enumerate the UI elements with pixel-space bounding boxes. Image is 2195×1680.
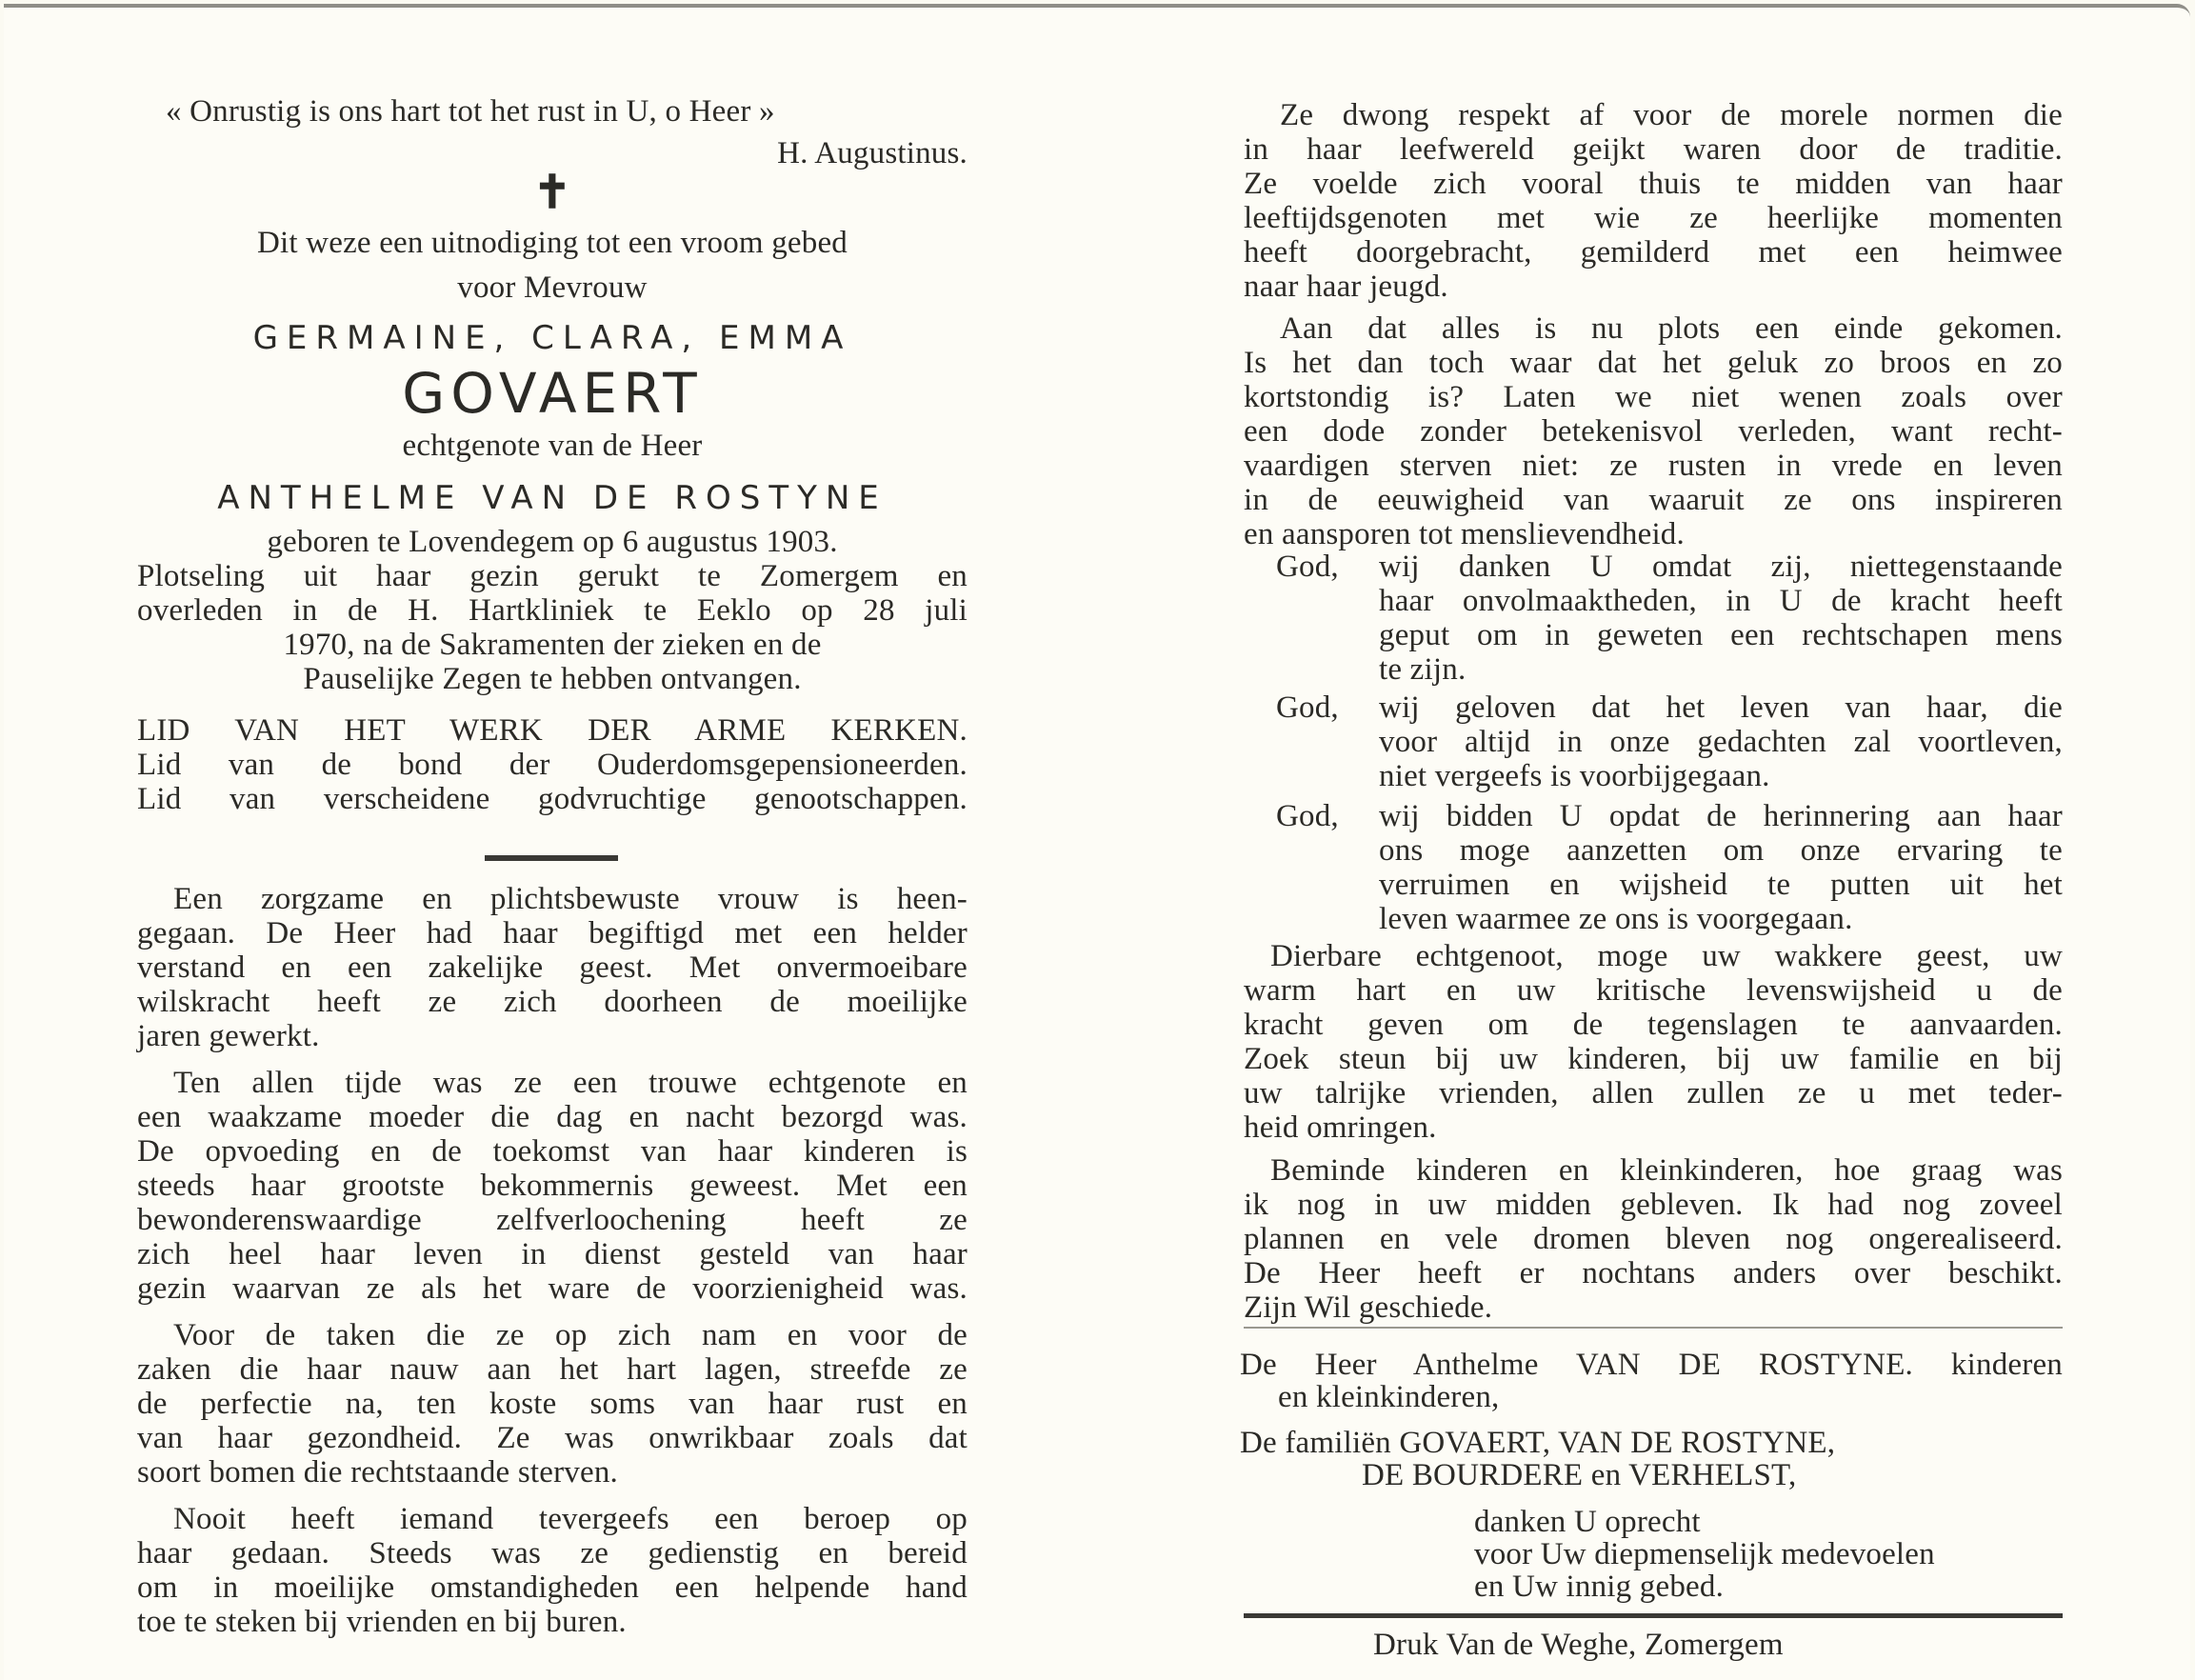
prayer-line: verruimen en wijsheid te putten uit het [1379,867,2063,903]
prayer-lead: God, [1276,798,1371,834]
surname: GOVAERT [137,364,968,423]
paragraph-line: zich heel haar leven in dienst gesteld v… [137,1236,968,1272]
paragraph-line: in haar leefwereld geijkt waren door de … [1244,131,2063,168]
family-line: DE BOURDERE en VERHELST, [1362,1457,2181,1493]
paragraph-line: Ten allen tijde was ze een trouwe echtge… [173,1065,968,1101]
paragraph-line: soort bomen die rechtstaande sterven. [137,1454,968,1490]
paragraph-line: verstand en een zakelijke geest. Met onv… [137,950,968,986]
paragraph-line: toe te steken bij vrienden en bij buren. [137,1604,968,1640]
prayer-line: leven waarmee ze ons is voorgegaan. [1379,901,2063,937]
paragraph-line: De Heer heeft er nochtans anders over be… [1244,1255,2063,1291]
paragraph-line: ik nog in uw midden gebleven. Ik had nog… [1244,1187,2063,1223]
bio-line: geboren te Lovendegem op 6 augustus 1903… [137,524,968,560]
prayer-line: niet vergeefs is voorbijgegaan. [1379,758,2063,794]
paragraph-line: van haar gezondheid. Ze was onwrikbaar z… [137,1420,968,1456]
thanks-line: danken U oprecht [1474,1504,2195,1540]
paragraph-line: gegaan. De Heer had haar begiftigd met e… [137,915,968,951]
bio-line: 1970, na de Sakramenten der zieken en de [137,627,968,663]
paragraph-line: de perfectie na, ten koste soms van haar… [137,1386,968,1422]
paragraph-line: naar haar jeugd. [1244,269,2063,305]
section-divider [1244,1613,2063,1618]
membership-line: LID VAN HET WERK DER ARME KERKEN. [137,712,968,749]
bio-line: overleden in de H. Hartkliniek te Eeklo … [137,592,968,629]
printer-credit: Druk Van de Weghe, Zomergem [1373,1627,2192,1663]
paragraph-line: bewonderenswaardige zelfverloochening he… [137,1202,968,1238]
prayer-line: te zijn. [1379,651,2063,688]
paragraph-line: plannen en vele dromen bleven nog ongere… [1244,1221,2063,1257]
paragraph-line: Ze dwong respekt af voor de morele norme… [1280,97,2063,133]
paragraph-line: Zijn Wil geschiede. [1244,1290,2063,1326]
paragraph-line: vaardigen sterven niet: ze rusten in vre… [1244,448,2063,484]
bio-line: Plotseling uit haar gezin gerukt te Zome… [137,558,968,594]
paragraph-line: Beminde kinderen en kleinkinderen, hoe g… [1270,1152,2063,1189]
membership-line: Lid van verscheidene godvruchtige genoot… [137,781,968,817]
spouse-name: ANTHELME VAN DE ROSTYNE [137,480,968,516]
paragraph-line: om in moeilijke omstandigheden een helpe… [137,1570,968,1606]
prayer-line: wij bidden U opdat de herinnering aan ha… [1379,798,2063,834]
thanks-line: voor Uw diepmenselijk medevoelen [1474,1536,2195,1572]
epigraph-quote: « Onrustig is ons hart tot het rust in U… [166,93,947,130]
prayer-lead: God, [1276,549,1371,585]
family-line: en kleinkinderen, [1278,1379,2097,1415]
memorial-card: « Onrustig is ons hart tot het rust in U… [4,4,2190,1680]
paragraph-line: De opvoeding en de toekomst van haar kin… [137,1133,968,1170]
paragraph-line: Voor de taken die ze op zich nam en voor… [173,1317,968,1353]
given-names: GERMAINE, CLARA, EMMA [137,320,968,356]
paragraph-line: jaren gewerkt. [137,1018,968,1054]
prayer-line: wij danken U omdat zij, niettegenstaande [1379,549,2063,585]
prayer-line: ons moge aanzetten om onze ervaring te [1379,832,2063,869]
prayer-line: haar onvolmaaktheden, in U de kracht hee… [1379,583,2063,619]
invitation-line-1: Dit weze een uitnodiging tot een vroom g… [137,225,968,261]
paragraph-line: uw talrijke vrienden, allen zullen ze u … [1244,1075,2063,1111]
epigraph-author: H. Augustinus. [137,135,968,171]
paragraph-line: en aansporen tot menslievendheid. [1244,516,2063,552]
paragraph-line: Aan dat alles is nu plots een einde geko… [1280,310,2063,347]
prayer-lead: God, [1276,690,1371,726]
paragraph-line: steeds haar grootste bekommernis geweest… [137,1168,968,1204]
paragraph-line: Nooit heeft iemand tevergeefs een beroep… [173,1501,968,1537]
paragraph-line: kortstondig is? Laten we niet wenen zoal… [1244,379,2063,415]
section-divider [1244,1327,2063,1329]
paragraph-line: leeftijdsgenoten met wie ze heerlijke mo… [1244,200,2063,236]
paragraph-line: haar gedaan. Steeds was ze gedienstig en… [137,1535,968,1571]
prayer-line: wij geloven dat het leven van haar, die [1379,690,2063,726]
paragraph-line: warm hart en uw kritische levenswijsheid… [1244,972,2063,1009]
membership-line: Lid van de bond der Ouderdomsgepensionee… [137,747,968,783]
bio-line: Pauselijke Zegen te hebben ontvangen. [137,661,968,697]
paragraph-line: in de eeuwigheid van waaruit ze ons insp… [1244,482,2063,518]
paragraph-line: Dierbare echtgenoot, moge uw wakkere gee… [1270,938,2063,974]
paragraph-line: heid omringen. [1244,1110,2063,1146]
paragraph-line: kracht geven om de tegenslagen te aanvaa… [1244,1007,2063,1043]
invitation-line-2: voor Mevrouw [137,270,968,306]
prayer-line: voor altijd in onze gedachten zal voortl… [1379,724,2063,760]
paragraph-line: Zoek steun bij uw kinderen, bij uw famil… [1244,1041,2063,1077]
paragraph-line: gezin waarvan ze als het ware de voorzie… [137,1270,968,1307]
paragraph-line: Een zorgzame en plichtsbewuste vrouw is … [173,881,968,917]
family-line: De familiën GOVAERT, VAN DE ROSTYNE, [1240,1425,2059,1461]
cross-icon: ✝ [137,170,968,217]
family-line: De Heer Anthelme VAN DE ROSTYNE. kindere… [1240,1347,2063,1383]
prayer-line: geput om in geweten een rechtschapen men… [1379,617,2063,653]
paragraph-line: heeft doorgebracht, gemilderd met een he… [1244,234,2063,270]
paragraph-line: een waakzame moeder die dag en nacht bez… [137,1099,968,1135]
paragraph-line: zaken die haar nauw aan het hart lagen, … [137,1351,968,1388]
section-divider [485,855,618,861]
paragraph-line: een dode zonder betekenisvol verleden, w… [1244,413,2063,450]
paragraph-line: Is het dan toch waar dat het geluk zo br… [1244,345,2063,381]
paragraph-line: wilskracht heeft ze zich doorheen de moe… [137,984,968,1020]
paragraph-line: Ze voelde zich vooral thuis te midden va… [1244,166,2063,202]
thanks-line: en Uw innig gebed. [1474,1569,2195,1605]
spouse-intro: echtgenote van de Heer [137,428,968,464]
